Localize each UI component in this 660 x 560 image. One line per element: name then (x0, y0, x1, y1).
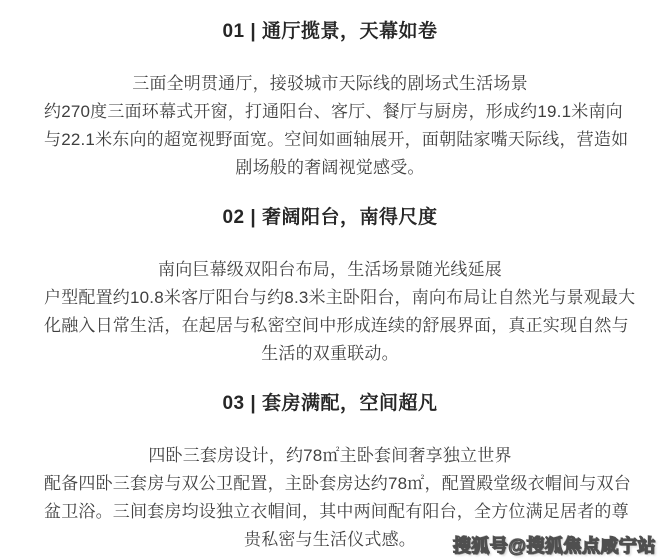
body-line: 南向巨幕级双阳台布局，生活场景随光线延展 (44, 256, 616, 284)
body-line: 配备四卧三套房与双公卫配置，主卧套房达约78㎡，配置殿堂级衣帽间与双台 (44, 470, 616, 498)
article-page: 01 | 通厅揽景，天幕如卷 三面全明贯通厅，接驳城市天际线的剧场式生活场景 约… (0, 0, 660, 560)
section-01-body: 三面全明贯通厅，接驳城市天际线的剧场式生活场景 约270度三面环幕式开窗，打通阳… (44, 70, 616, 182)
section-03-title: 03 | 套房满配，空间超凡 (0, 390, 660, 418)
body-line: 户型配置约10.8米客厅阳台与约8.3米主卧阳台，南向布局让自然光与景观最大 (44, 284, 616, 312)
body-line: 生活的双重联动。 (44, 340, 616, 368)
body-line: 盆卫浴。三间套房均设独立衣帽间，其中两间配有阳台，全方位满足居者的尊 (44, 498, 616, 526)
section-01: 01 | 通厅揽景，天幕如卷 三面全明贯通厅，接驳城市天际线的剧场式生活场景 约… (0, 18, 660, 182)
section-01-title: 01 | 通厅揽景，天幕如卷 (0, 18, 660, 46)
sohu-watermark: 搜狐号@搜狐焦点咸宁站 (453, 534, 656, 558)
body-line: 三面全明贯通厅，接驳城市天际线的剧场式生活场景 (44, 70, 616, 98)
section-02-title: 02 | 奢阔阳台，南得尺度 (0, 204, 660, 232)
section-02: 02 | 奢阔阳台，南得尺度 南向巨幕级双阳台布局，生活场景随光线延展 户型配置… (0, 204, 660, 368)
body-line: 约270度三面环幕式开窗，打通阳台、客厅、餐厅与厨房，形成约19.1米南向 (44, 98, 616, 126)
body-line: 剧场般的奢阔视觉感受。 (44, 154, 616, 182)
body-line: 与22.1米东向的超宽视野面宽。空间如画轴展开，面朝陆家嘴天际线，营造如 (44, 126, 616, 154)
body-line: 化融入日常生活，在起居与私密空间中形成连续的舒展界面，真正实现自然与 (44, 312, 616, 340)
section-03: 03 | 套房满配，空间超凡 四卧三套房设计，约78㎡主卧套间奢享独立世界 配备… (0, 390, 660, 554)
body-line: 四卧三套房设计，约78㎡主卧套间奢享独立世界 (44, 442, 616, 470)
section-02-body: 南向巨幕级双阳台布局，生活场景随光线延展 户型配置约10.8米客厅阳台与约8.3… (44, 256, 616, 368)
